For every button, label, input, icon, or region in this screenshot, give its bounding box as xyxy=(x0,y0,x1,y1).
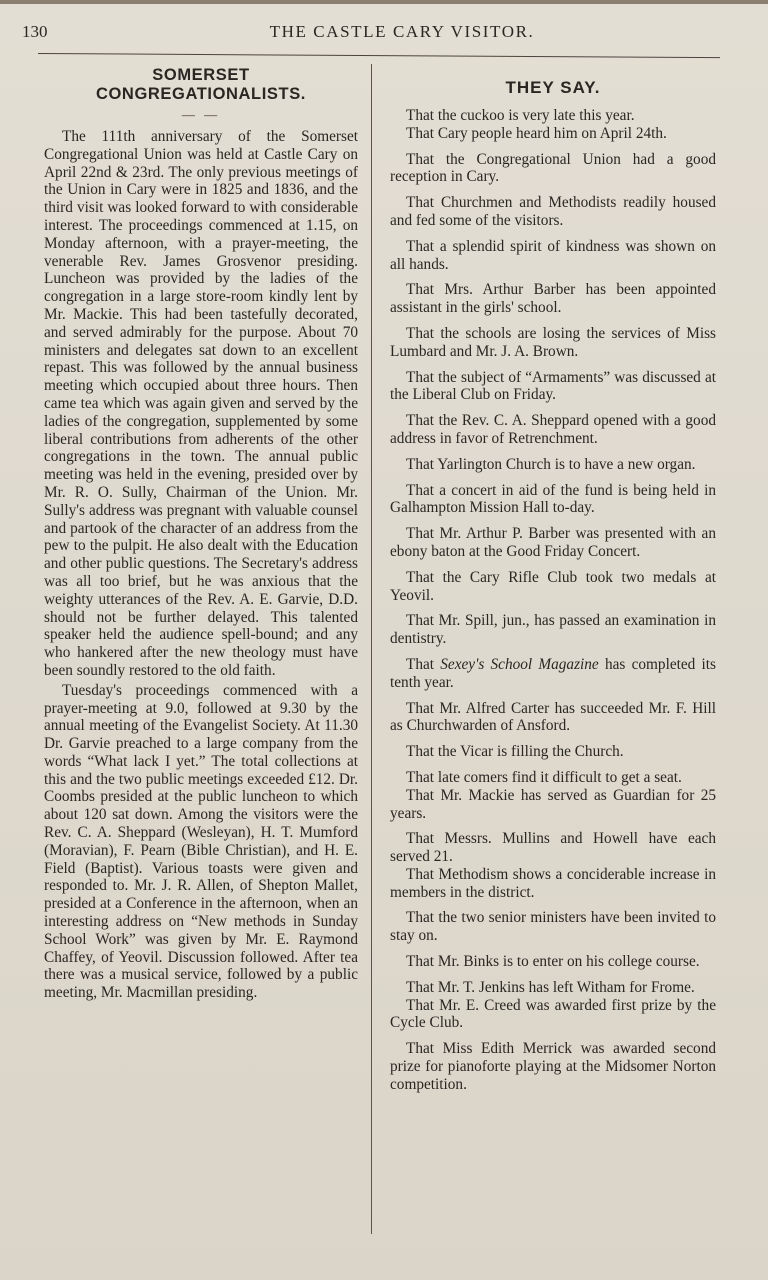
right-column: THEY SAY. That the cuckoo is very late t… xyxy=(390,66,716,1094)
they-say-item: That a splendid spirit of kindness was s… xyxy=(390,238,716,274)
running-head: 130 THE CASTLE CARY VISITOR. xyxy=(22,22,722,46)
they-say-item: That the Congregational Union had a good… xyxy=(390,151,716,187)
they-say-item: That the subject of “Armaments” was disc… xyxy=(390,369,716,405)
they-say-item: That the Cary Rifle Club took two medals… xyxy=(390,569,716,605)
they-say-item: That late comers find it difficult to ge… xyxy=(390,769,716,787)
page-top-edge xyxy=(0,0,768,4)
column-divider xyxy=(371,64,372,1234)
they-say-item: That Miss Edith Merrick was awarded seco… xyxy=(390,1040,716,1093)
article-paragraph: The 111th anniversary of the Somerset Co… xyxy=(44,128,358,680)
they-say-item: That Mr. Arthur P. Barber was presented … xyxy=(390,525,716,561)
they-say-item: That Yarlington Church is to have a new … xyxy=(390,456,716,474)
magazine-title: Sexey's School Magazine xyxy=(440,656,598,673)
they-say-item: That a concert in aid of the fund is bei… xyxy=(390,482,716,518)
article-title-line1: SOMERSET xyxy=(152,66,249,84)
they-say-item: That Cary people heard him on April 24th… xyxy=(390,125,716,143)
they-say-item: That Mr. Binks is to enter on his colleg… xyxy=(390,953,716,971)
they-say-title: THEY SAY. xyxy=(390,78,716,97)
they-say-item: That the Vicar is filling the Church. xyxy=(390,743,716,761)
article-title-line2: CONGREGATIONALISTS. xyxy=(96,85,306,103)
they-say-item: That Mr. Spill, jun., has passed an exam… xyxy=(390,612,716,648)
they-say-item: That Methodism shows a conciderable incr… xyxy=(390,866,716,902)
they-say-item: That Mr. Alfred Carter has succeeded Mr.… xyxy=(390,700,716,736)
they-say-item: That Sexey's School Magazine has complet… xyxy=(390,656,716,692)
they-say-item: That Mr. E. Creed was awarded first priz… xyxy=(390,997,716,1033)
they-say-item: That the two senior ministers have been … xyxy=(390,909,716,945)
they-say-item: That the cuckoo is very late this year. xyxy=(390,107,716,125)
they-say-item: That Mr. Mackie has served as Guardian f… xyxy=(390,787,716,823)
title-separator: — — xyxy=(44,110,358,120)
they-say-item: That Mrs. Arthur Barber has been appoint… xyxy=(390,281,716,317)
they-say-item: That the Rev. C. A. Sheppard opened with… xyxy=(390,412,716,448)
they-say-item: That the schools are losing the services… xyxy=(390,325,716,361)
they-say-item: That Churchmen and Methodists readily ho… xyxy=(390,194,716,230)
they-say-item: That Mr. T. Jenkins has left Witham for … xyxy=(390,979,716,997)
article-title: SOMERSET CONGREGATIONALISTS. xyxy=(44,66,358,104)
header-rule xyxy=(38,53,720,58)
magazine-page: 130 THE CASTLE CARY VISITOR. SOMERSET CO… xyxy=(0,0,768,1280)
left-column: SOMERSET CONGREGATIONALISTS. — — The 111… xyxy=(44,66,358,1002)
journal-title: THE CASTLE CARY VISITOR. xyxy=(22,22,722,42)
article-paragraph: Tuesday's proceedings commenced with a p… xyxy=(44,682,358,1002)
they-say-item: That Messrs. Mullins and Howell have eac… xyxy=(390,830,716,866)
they-say-list: That the cuckoo is very late this year.T… xyxy=(390,107,716,1094)
